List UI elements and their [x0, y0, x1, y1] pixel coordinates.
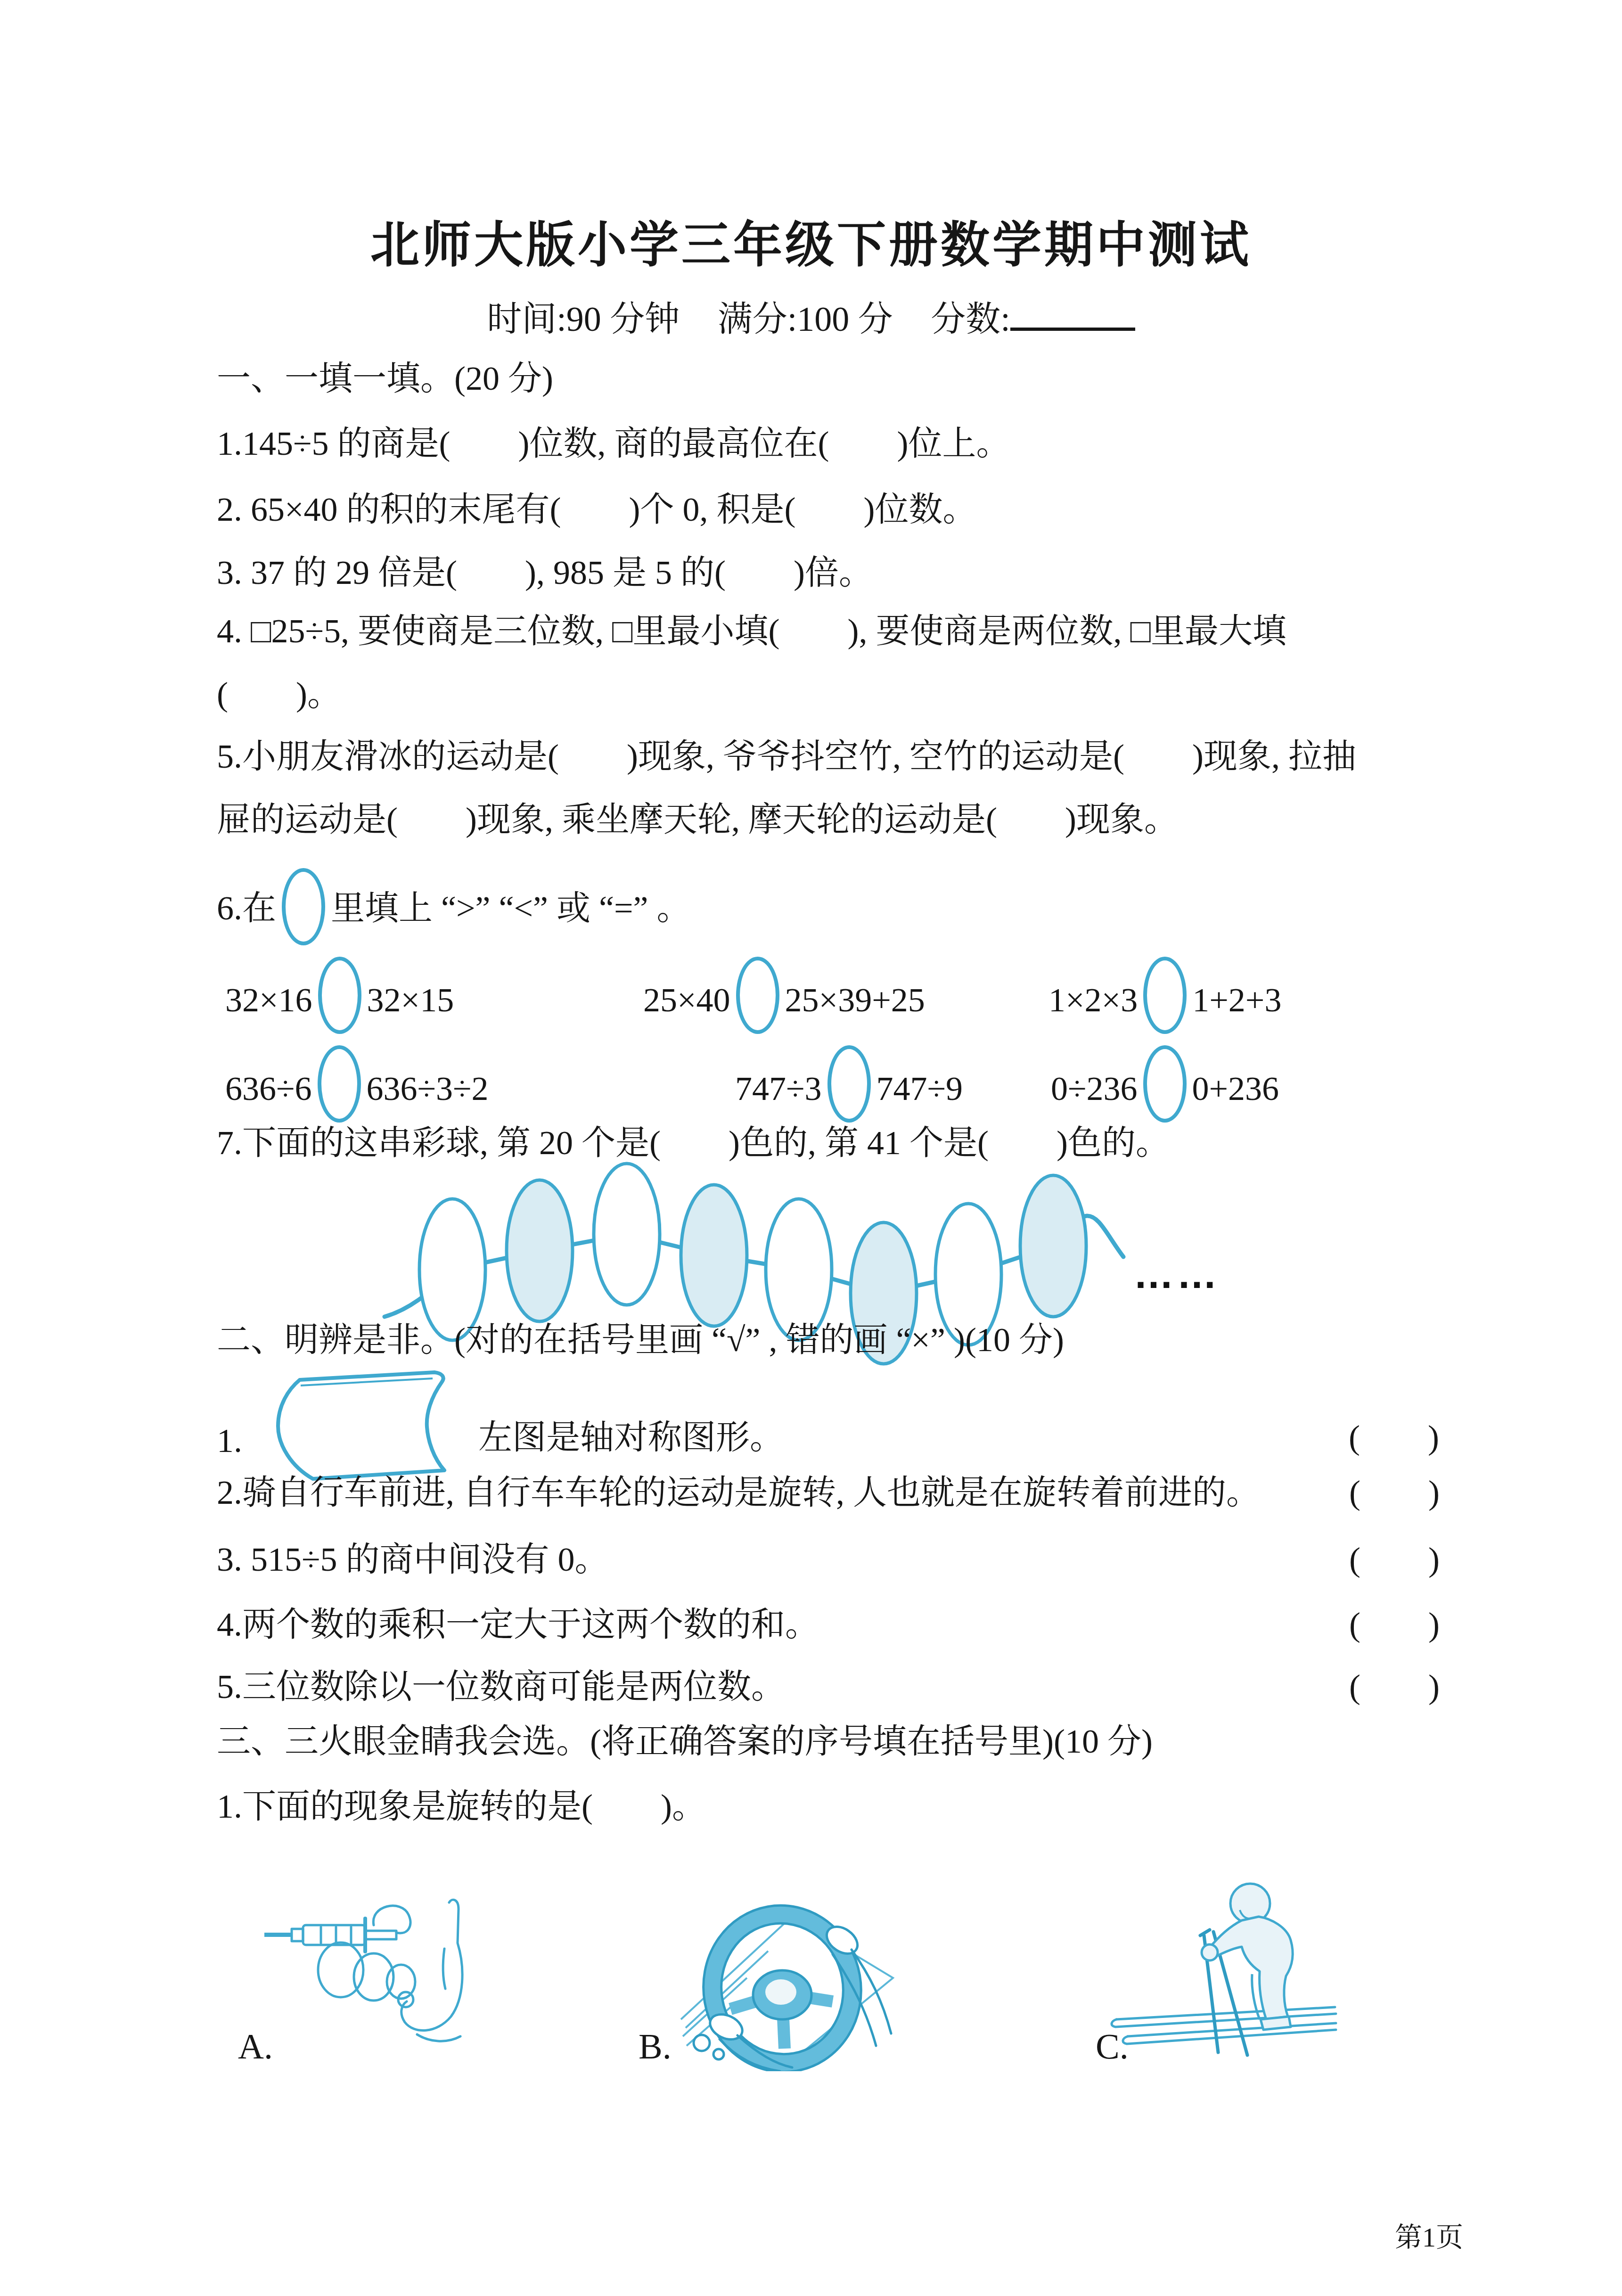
comparison-cell: 747÷3747÷9	[735, 1050, 963, 1127]
s2-item5-row: 5.三位数除以一位数商可能是两位数。 ( )	[217, 1659, 1440, 1708]
compare-circle-icon	[318, 957, 361, 1034]
s2-item5-text: 5.三位数除以一位数商可能是两位数。	[217, 1659, 785, 1708]
s1-question-2: 2. 65×40 的积的末尾有( )个 0, 积是( )位数。	[217, 488, 977, 531]
test-paper-page: 北师大版小学三年级下册数学期中测试 时间:90 分钟 满分:100 分 分数: …	[0, 0, 1622, 2296]
meta-score-label: 分数:	[931, 300, 1010, 339]
compare-circle-icon	[1143, 957, 1187, 1034]
meta-full-score: 满分:100 分	[718, 300, 893, 339]
bead-blue	[507, 1180, 573, 1321]
beads-ellipsis: ……	[1133, 1251, 1220, 1298]
comparison-cell: 636÷6636÷3÷2	[225, 1050, 489, 1127]
skier-figure	[1100, 1864, 1350, 2066]
meta-time: 时间:90 分钟	[487, 300, 680, 339]
s1-question-5-line1: 5.小朋友滑冰的运动是( )现象, 爷爷抖空竹, 空竹的运动是( )现象, 拉抽	[217, 735, 1356, 778]
syringe-hand-figure	[262, 1892, 464, 2043]
answer-blank: ( )	[1349, 1416, 1439, 1459]
s2-item3-row: 3. 515÷5 的商中间没有 0。 ( )	[217, 1532, 1440, 1581]
bead-string-line	[385, 1216, 1123, 1317]
steering-wheel-figure	[667, 1878, 898, 2071]
comparison-cell: 32×1632×15	[225, 961, 454, 1039]
bead-blue	[1020, 1175, 1086, 1317]
comparison-cell: 1×2×31+2+3	[1049, 961, 1281, 1039]
s2-item4-text: 4.两个数的乘积一定大于这两个数的和。	[217, 1597, 819, 1646]
compare-circle-icon	[827, 1045, 871, 1123]
bead-blue	[681, 1185, 747, 1326]
answer-blank: ( )	[1349, 1532, 1440, 1581]
option-c-label: C.	[1096, 2026, 1129, 2067]
section1-heading: 一、一填一填。(20 分)	[217, 357, 553, 400]
compare-circle-icon	[318, 1045, 361, 1123]
s1-question-4-line2: ( )。	[217, 673, 341, 715]
score-blank-line	[1010, 323, 1135, 331]
answer-blank: ( )	[1349, 1659, 1440, 1708]
option-a-label: A.	[238, 2026, 273, 2067]
paper-meta: 时间:90 分钟 满分:100 分 分数:	[0, 291, 1622, 341]
s2-item2-row: 2.骑自行车前进, 自行车车轮的运动是旋转, 人也就是在旋转着前进的。 ( )	[217, 1465, 1440, 1514]
s3-question-1: 1.下面的现象是旋转的是( )。	[217, 1785, 706, 1828]
answer-blank: ( )	[1349, 1465, 1440, 1514]
s1-question-3: 3. 37 的 29 倍是( ), 985 是 5 的( )倍。	[217, 551, 873, 594]
option-b-label: B.	[639, 2026, 672, 2067]
comparison-cell: 25×4025×39+25	[643, 961, 925, 1039]
s2-item3-text: 3. 515÷5 的商中间没有 0。	[217, 1532, 609, 1581]
s1-question-7: 7.下面的这串彩球, 第 20 个是( )色的, 第 41 个是( )色的。	[217, 1122, 1170, 1164]
s2-item4-row: 4.两个数的乘积一定大于这两个数的和。 ( )	[217, 1597, 1440, 1646]
answer-blank: ( )	[1349, 1597, 1440, 1646]
s1-question-1: 1.145÷5 的商是( )位数, 商的最高位在( )位上。	[217, 422, 1010, 465]
bead-white	[594, 1164, 660, 1305]
paper-title: 北师大版小学三年级下册数学期中测试	[0, 205, 1622, 276]
compare-circle-icon	[282, 868, 325, 945]
page-number: 第1页	[1395, 2215, 1463, 2255]
compare-circle-icon	[1143, 1045, 1187, 1123]
s1-question-5-line2: 屉的运动是( )现象, 乘坐摩天轮, 摩天轮的运动是( )现象。	[217, 798, 1178, 841]
s2-item1-text: 左图是轴对称图形。	[478, 1416, 784, 1459]
compare-circle-icon	[736, 957, 779, 1034]
s1-question-6: 6.在里填上 “>” “<” 或 “=” 。	[217, 873, 691, 950]
section3-heading: 三、三火眼金睛我会选。(将正确答案的序号填在括号里)(10 分)	[217, 1720, 1153, 1763]
s2-item2-text: 2.骑自行车前进, 自行车车轮的运动是旋转, 人也就是在旋转着前进的。	[217, 1465, 1260, 1514]
s2-item1-number: 1.	[217, 1419, 242, 1462]
section2-heading: 二、明辨是非。(对的在括号里画 “√” , 错的画 “×” )(10 分)	[217, 1319, 1064, 1361]
comparison-cell: 0÷2360+236	[1051, 1050, 1279, 1127]
s1-question-4-line1: 4. □25÷5, 要使商是三位数, □里最小填( ), 要使商是两位数, □里…	[217, 610, 1286, 652]
